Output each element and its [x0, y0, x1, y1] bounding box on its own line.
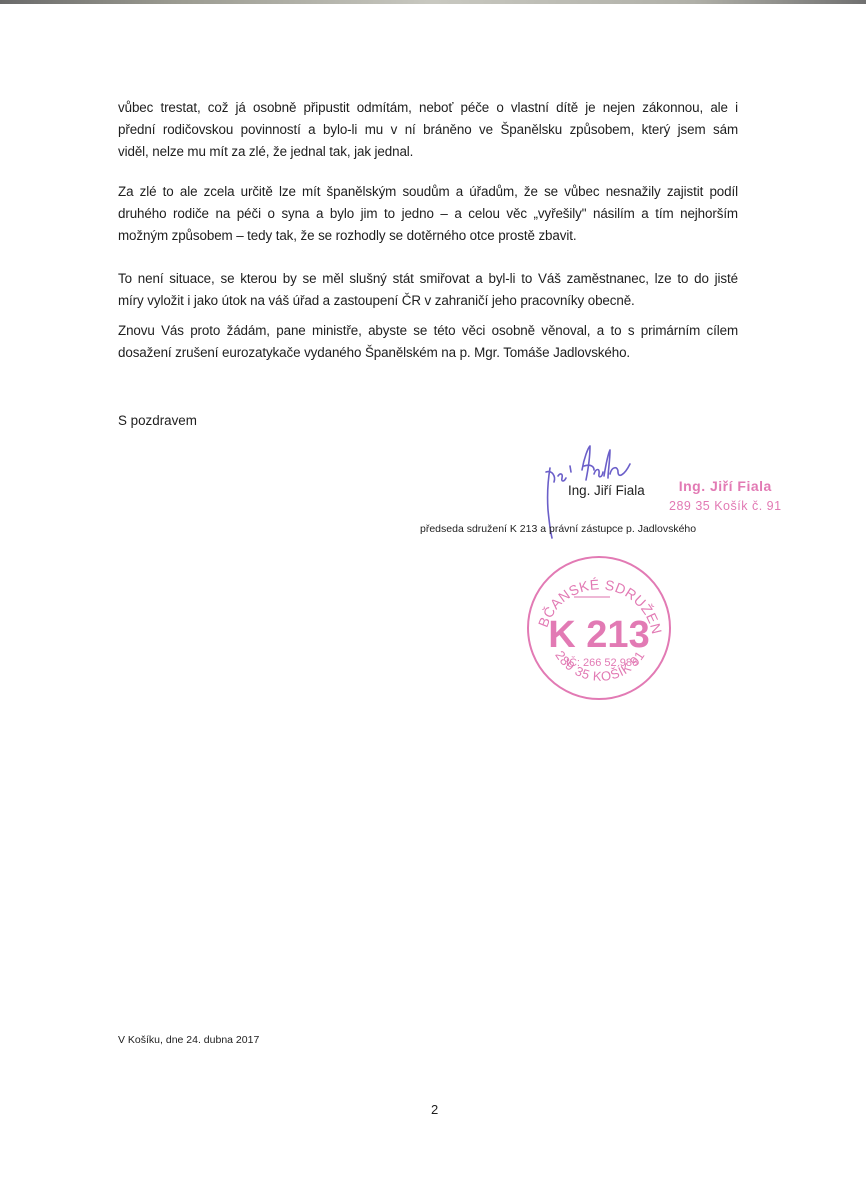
text-line: Znovu Vás proto žádám, pane ministře, ab…: [118, 320, 738, 342]
paragraph-1: vůbec trestat, což já osobně připustit o…: [118, 97, 738, 163]
name-stamp-line-1: Ing. Jiří Fiala: [669, 476, 782, 496]
text-line: možným způsobem – tedy tak, že se rozhod…: [118, 225, 738, 247]
place-and-date: V Košíku, dne 24. dubna 2017: [118, 1034, 259, 1046]
name-stamp-line-2: 289 35 Košík č. 91: [669, 496, 782, 516]
text-line: dosažení zrušení eurozatykače vydaného Š…: [118, 342, 738, 364]
name-stamp: Ing. Jiří Fiala 289 35 Košík č. 91: [669, 476, 782, 516]
text-line: druhého rodiče na péči o syna a bylo jim…: [118, 203, 738, 225]
signer-name: Ing. Jiří Fiala: [568, 483, 645, 498]
scan-top-edge: [0, 0, 866, 4]
paragraph-2: Za zlé to ale zcela určitě lze mít španě…: [118, 181, 738, 247]
text-line: vůbec trestat, což já osobně připustit o…: [118, 97, 738, 119]
round-stamp: OBČANSKÉ SDRUŽENÍ K 213 IČ: 266 52 986 2…: [524, 553, 674, 703]
text-line: To není situace, se kterou by se měl slu…: [118, 268, 738, 290]
closing-greeting: S pozdravem: [118, 413, 197, 428]
paragraph-4: Znovu Vás proto žádám, pane ministře, ab…: [118, 320, 738, 364]
text-line: viděl, nelze mu mít za zlé, že jednal ta…: [118, 141, 738, 163]
text-line: Za zlé to ale zcela určitě lze mít španě…: [118, 181, 738, 203]
text-line: míry vyložit i jako útok na váš úřad a z…: [118, 290, 738, 312]
paragraph-3: To není situace, se kterou by se měl slu…: [118, 268, 738, 312]
page-number: 2: [431, 1102, 438, 1117]
signer-role: předseda sdružení K 213 a právní zástupc…: [420, 523, 696, 535]
text-line: přední rodičovskou povinností a bylo-li …: [118, 119, 738, 141]
